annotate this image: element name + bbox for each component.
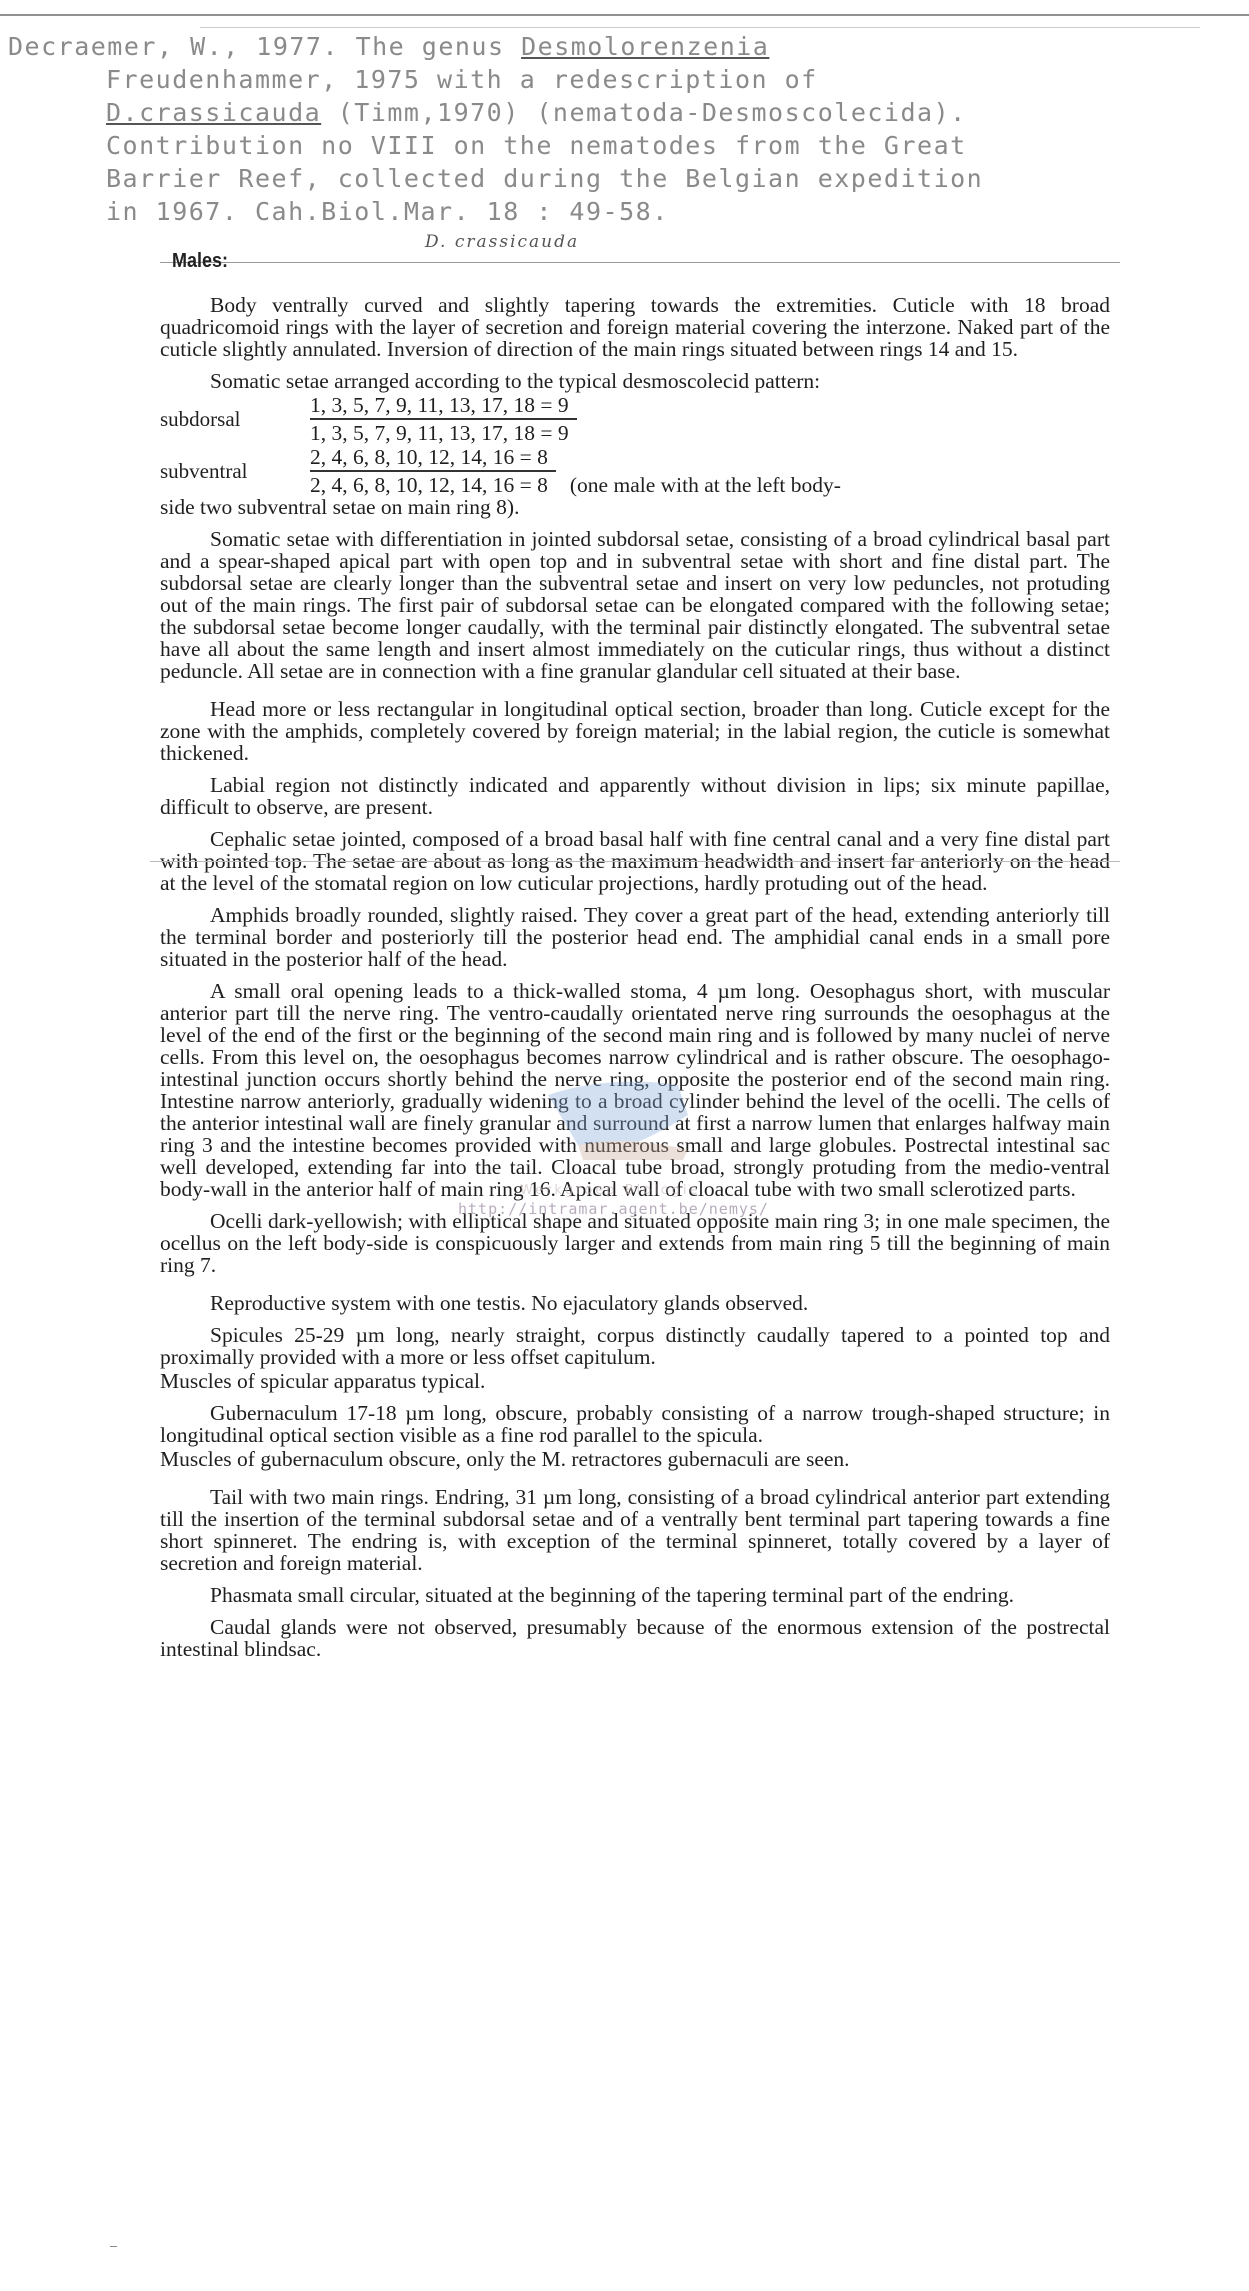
- paragraph-amphids: Amphids broadly rounded, slightly raised…: [160, 904, 1110, 970]
- paragraph-oral: A small oral opening leads to a thick-wa…: [160, 980, 1110, 1200]
- citation-block: Decraemer, W., 1977. The genus Desmolore…: [8, 30, 1228, 228]
- setae-formula-subdorsal: subdorsal 1, 3, 5, 7, 9, 11, 13, 17, 18 …: [160, 394, 1110, 444]
- paragraph-setae-intro: Somatic setae arranged according to the …: [160, 370, 1110, 392]
- paragraph-ocelli: Ocelli dark-yellowish; with elliptical s…: [160, 1210, 1110, 1276]
- citation-line: Contribution no VIII on the nematodes fr…: [8, 129, 1228, 162]
- citation-line: in 1967. Cah.Biol.Mar. 18 : 49-58.: [8, 195, 1228, 228]
- fraction: 2, 4, 6, 8, 10, 12, 14, 16 = 8 2, 4, 6, …: [310, 446, 556, 496]
- handwritten-annotation: D. crassicauda: [425, 232, 579, 252]
- paragraph-body: Body ventrally curved and slightly taper…: [160, 294, 1110, 360]
- annotation-underline: [160, 262, 1120, 263]
- scan-edge-line: [0, 14, 1249, 16]
- watermark-caption: Werkgroep Biologie: [520, 1183, 701, 1198]
- article-body: Body ventrally curved and slightly taper…: [160, 294, 1110, 1670]
- paragraph-reproductive: Reproductive system with one testis. No …: [160, 1292, 1110, 1314]
- genus-name: Desmolorenzenia: [521, 32, 769, 61]
- setae-formula-subventral: subventral 2, 4, 6, 8, 10, 12, 14, 16 = …: [160, 446, 1110, 496]
- section-heading: Males:: [172, 250, 228, 273]
- scan-fold-line: [150, 861, 1120, 862]
- citation-line: Barrier Reef, collected during the Belgi…: [8, 162, 1228, 195]
- citation-line: D.crassicauda (Timm,1970) (nematoda-Desm…: [8, 96, 1228, 129]
- paragraph-labial: Labial region not distinctly indicated a…: [160, 774, 1110, 818]
- species-name: D.crassicauda: [106, 98, 321, 127]
- formula-note: side two subventral setae on main ring 8…: [160, 496, 1110, 518]
- paragraph-gubernaculum-muscles: Muscles of gubernaculum obscure, only th…: [160, 1448, 1110, 1470]
- fraction: 1, 3, 5, 7, 9, 11, 13, 17, 18 = 9 1, 3, …: [310, 394, 577, 444]
- citation-line: Decraemer, W., 1977. The genus Desmolore…: [8, 30, 1228, 63]
- paragraph-spicules: Spicules 25-29 µm long, nearly straight,…: [160, 1324, 1110, 1368]
- paragraph-spicular-muscles: Muscles of spicular apparatus typical.: [160, 1370, 1110, 1392]
- paragraph-caudal: Caudal glands were not observed, presuma…: [160, 1616, 1110, 1660]
- paragraph-tail: Tail with two main rings. Endring, 31 µm…: [160, 1486, 1110, 1574]
- scan-edge-line: [200, 27, 1200, 28]
- paragraph-phasmata: Phasmata small circular, situated at the…: [160, 1584, 1110, 1606]
- scan-mark: [110, 2246, 117, 2247]
- watermark-url: http://intramar.agent.be/nemys/: [458, 1200, 769, 1218]
- paragraph-somatic-setae: Somatic setae with differentiation in jo…: [160, 528, 1110, 682]
- paragraph-gubernaculum: Gubernaculum 17-18 µm long, obscure, pro…: [160, 1402, 1110, 1446]
- citation-line: Freudenhammer, 1975 with a redescription…: [8, 63, 1228, 96]
- paragraph-head: Head more or less rectangular in longitu…: [160, 698, 1110, 764]
